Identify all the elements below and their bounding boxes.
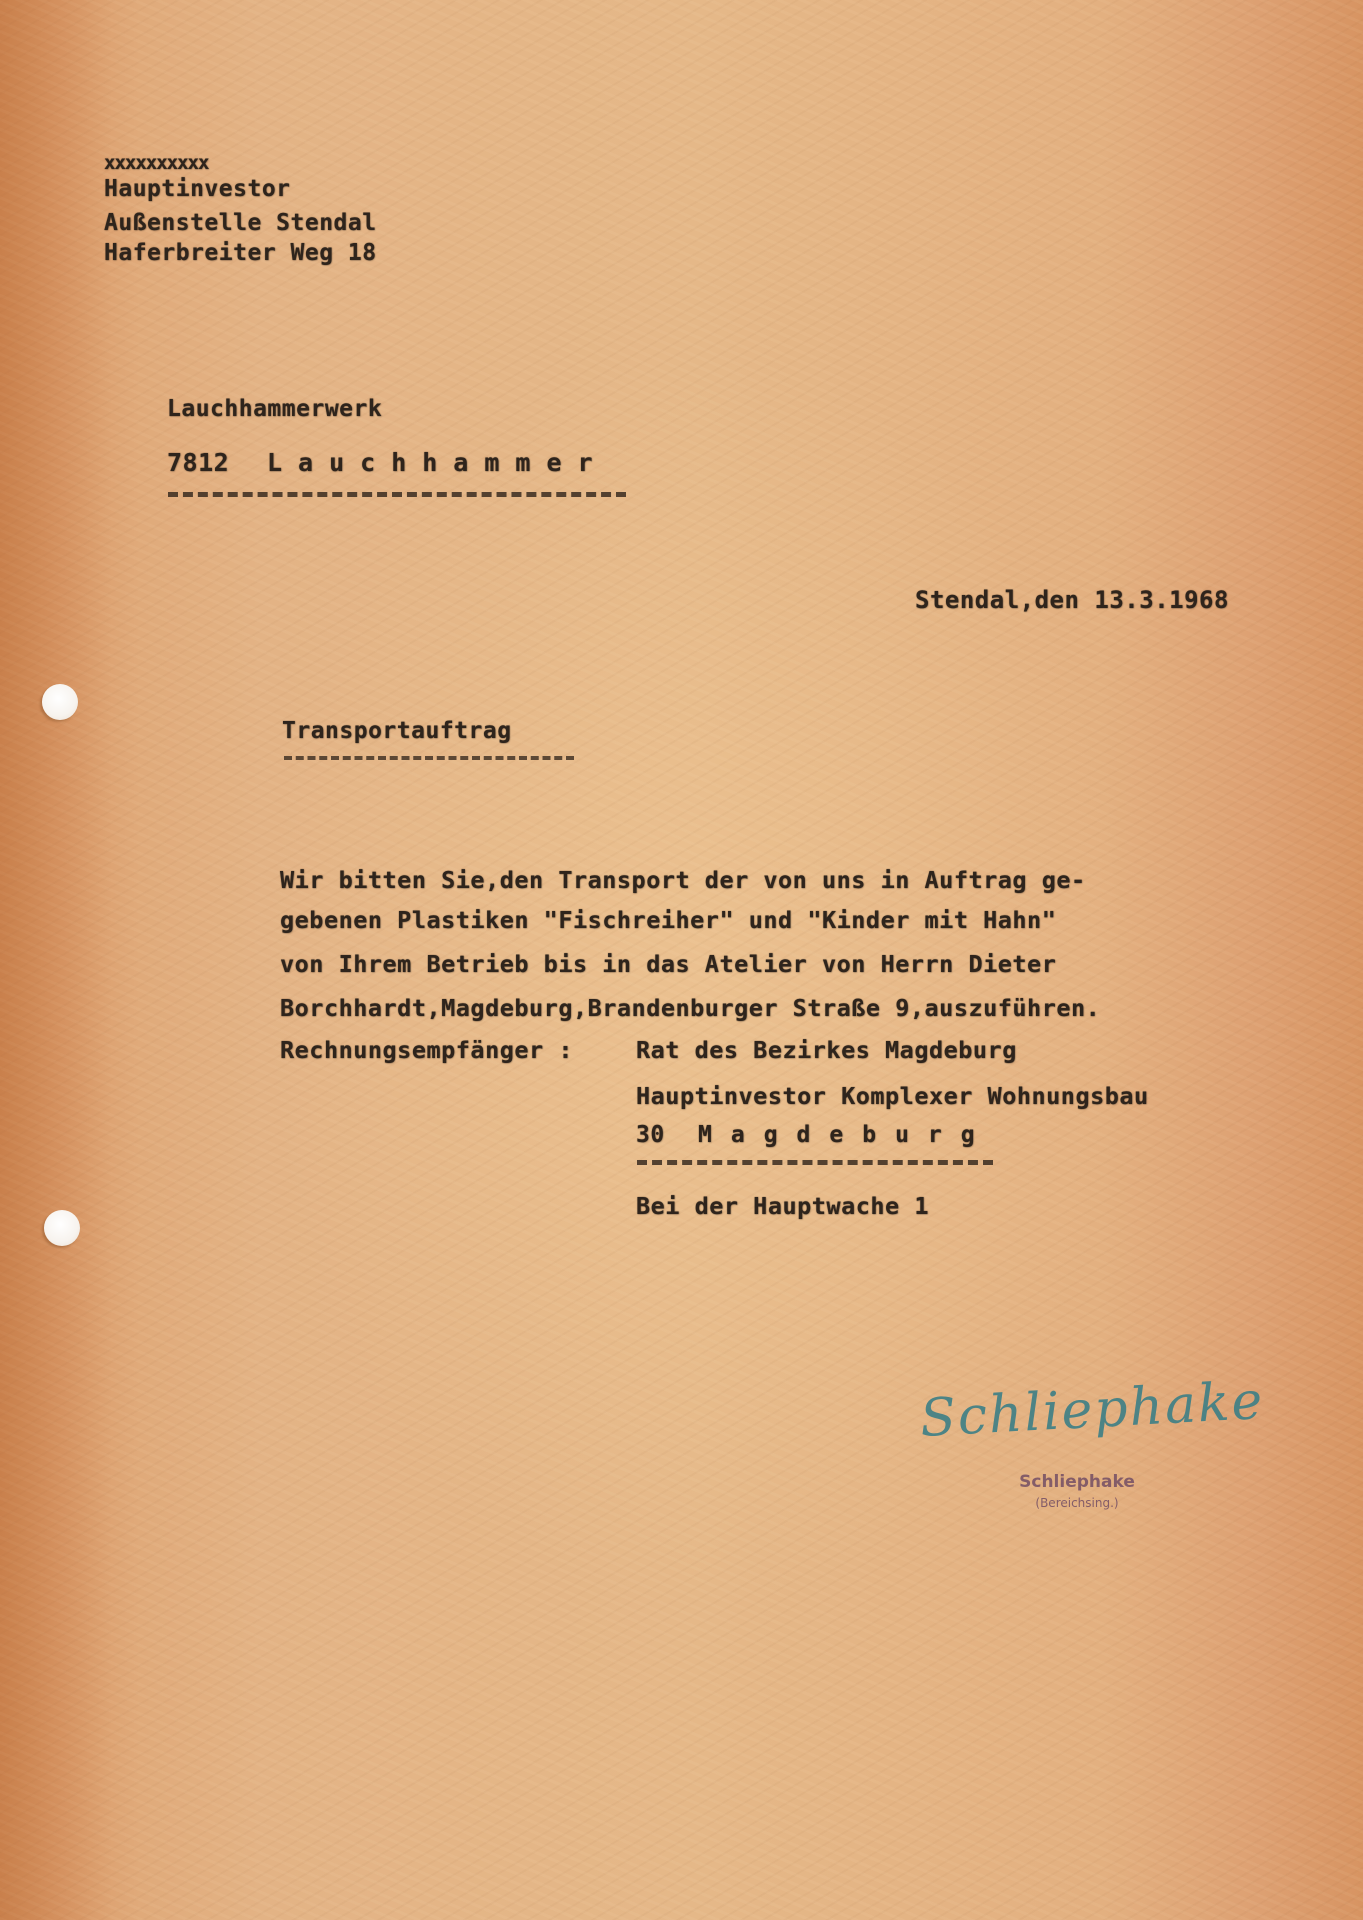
sender-line-2: Außenstelle Stendal xyxy=(104,210,377,236)
billing-street: Bei der Hauptwache 1 xyxy=(636,1192,929,1220)
body-line-2: gebenen Plastiken "Fischreiher" und "Kin… xyxy=(280,906,1056,934)
recipient-underline xyxy=(168,492,626,497)
billing-city: Magdeburg xyxy=(698,1122,994,1148)
stamp-name: Schliephake xyxy=(1002,1472,1152,1492)
subject: Transportauftrag xyxy=(282,718,512,744)
stamp-title: (Bereichsing.) xyxy=(1002,1496,1152,1510)
sender-struck-line: xxxxxxxxxx xyxy=(104,152,208,174)
billing-postcode: 30 xyxy=(636,1122,665,1148)
billing-line-2: Hauptinvestor Komplexer Wohnungsbau xyxy=(636,1082,1149,1110)
body-line-4: Borchhardt,Magdeburg,Brandenburger Straß… xyxy=(280,994,1100,1022)
body-line-3: von Ihrem Betrieb bis in das Atelier von… xyxy=(280,950,1056,978)
punch-hole-bottom xyxy=(44,1210,80,1246)
body-line-1: Wir bitten Sie,den Transport der von uns… xyxy=(280,866,1086,894)
recipient-postcode: 7812 xyxy=(167,448,229,477)
billing-label: Rechnungsempfänger : xyxy=(280,1036,573,1064)
billing-city-underline xyxy=(637,1160,993,1165)
sender-line-3: Haferbreiter Weg 18 xyxy=(104,240,377,266)
recipient-name: Lauchhammerwerk xyxy=(167,396,382,422)
sender-line-1: Hauptinvestor xyxy=(104,176,291,202)
punch-hole-top xyxy=(42,684,78,720)
signature-stamp: Schliephake (Bereichsing.) xyxy=(1002,1472,1152,1510)
recipient-city: Lauchhammer xyxy=(267,448,609,477)
subject-underline xyxy=(284,756,574,760)
billing-line-1: Rat des Bezirkes Magdeburg xyxy=(636,1036,1017,1064)
place-date: Stendal,den 13.3.1968 xyxy=(915,586,1229,614)
